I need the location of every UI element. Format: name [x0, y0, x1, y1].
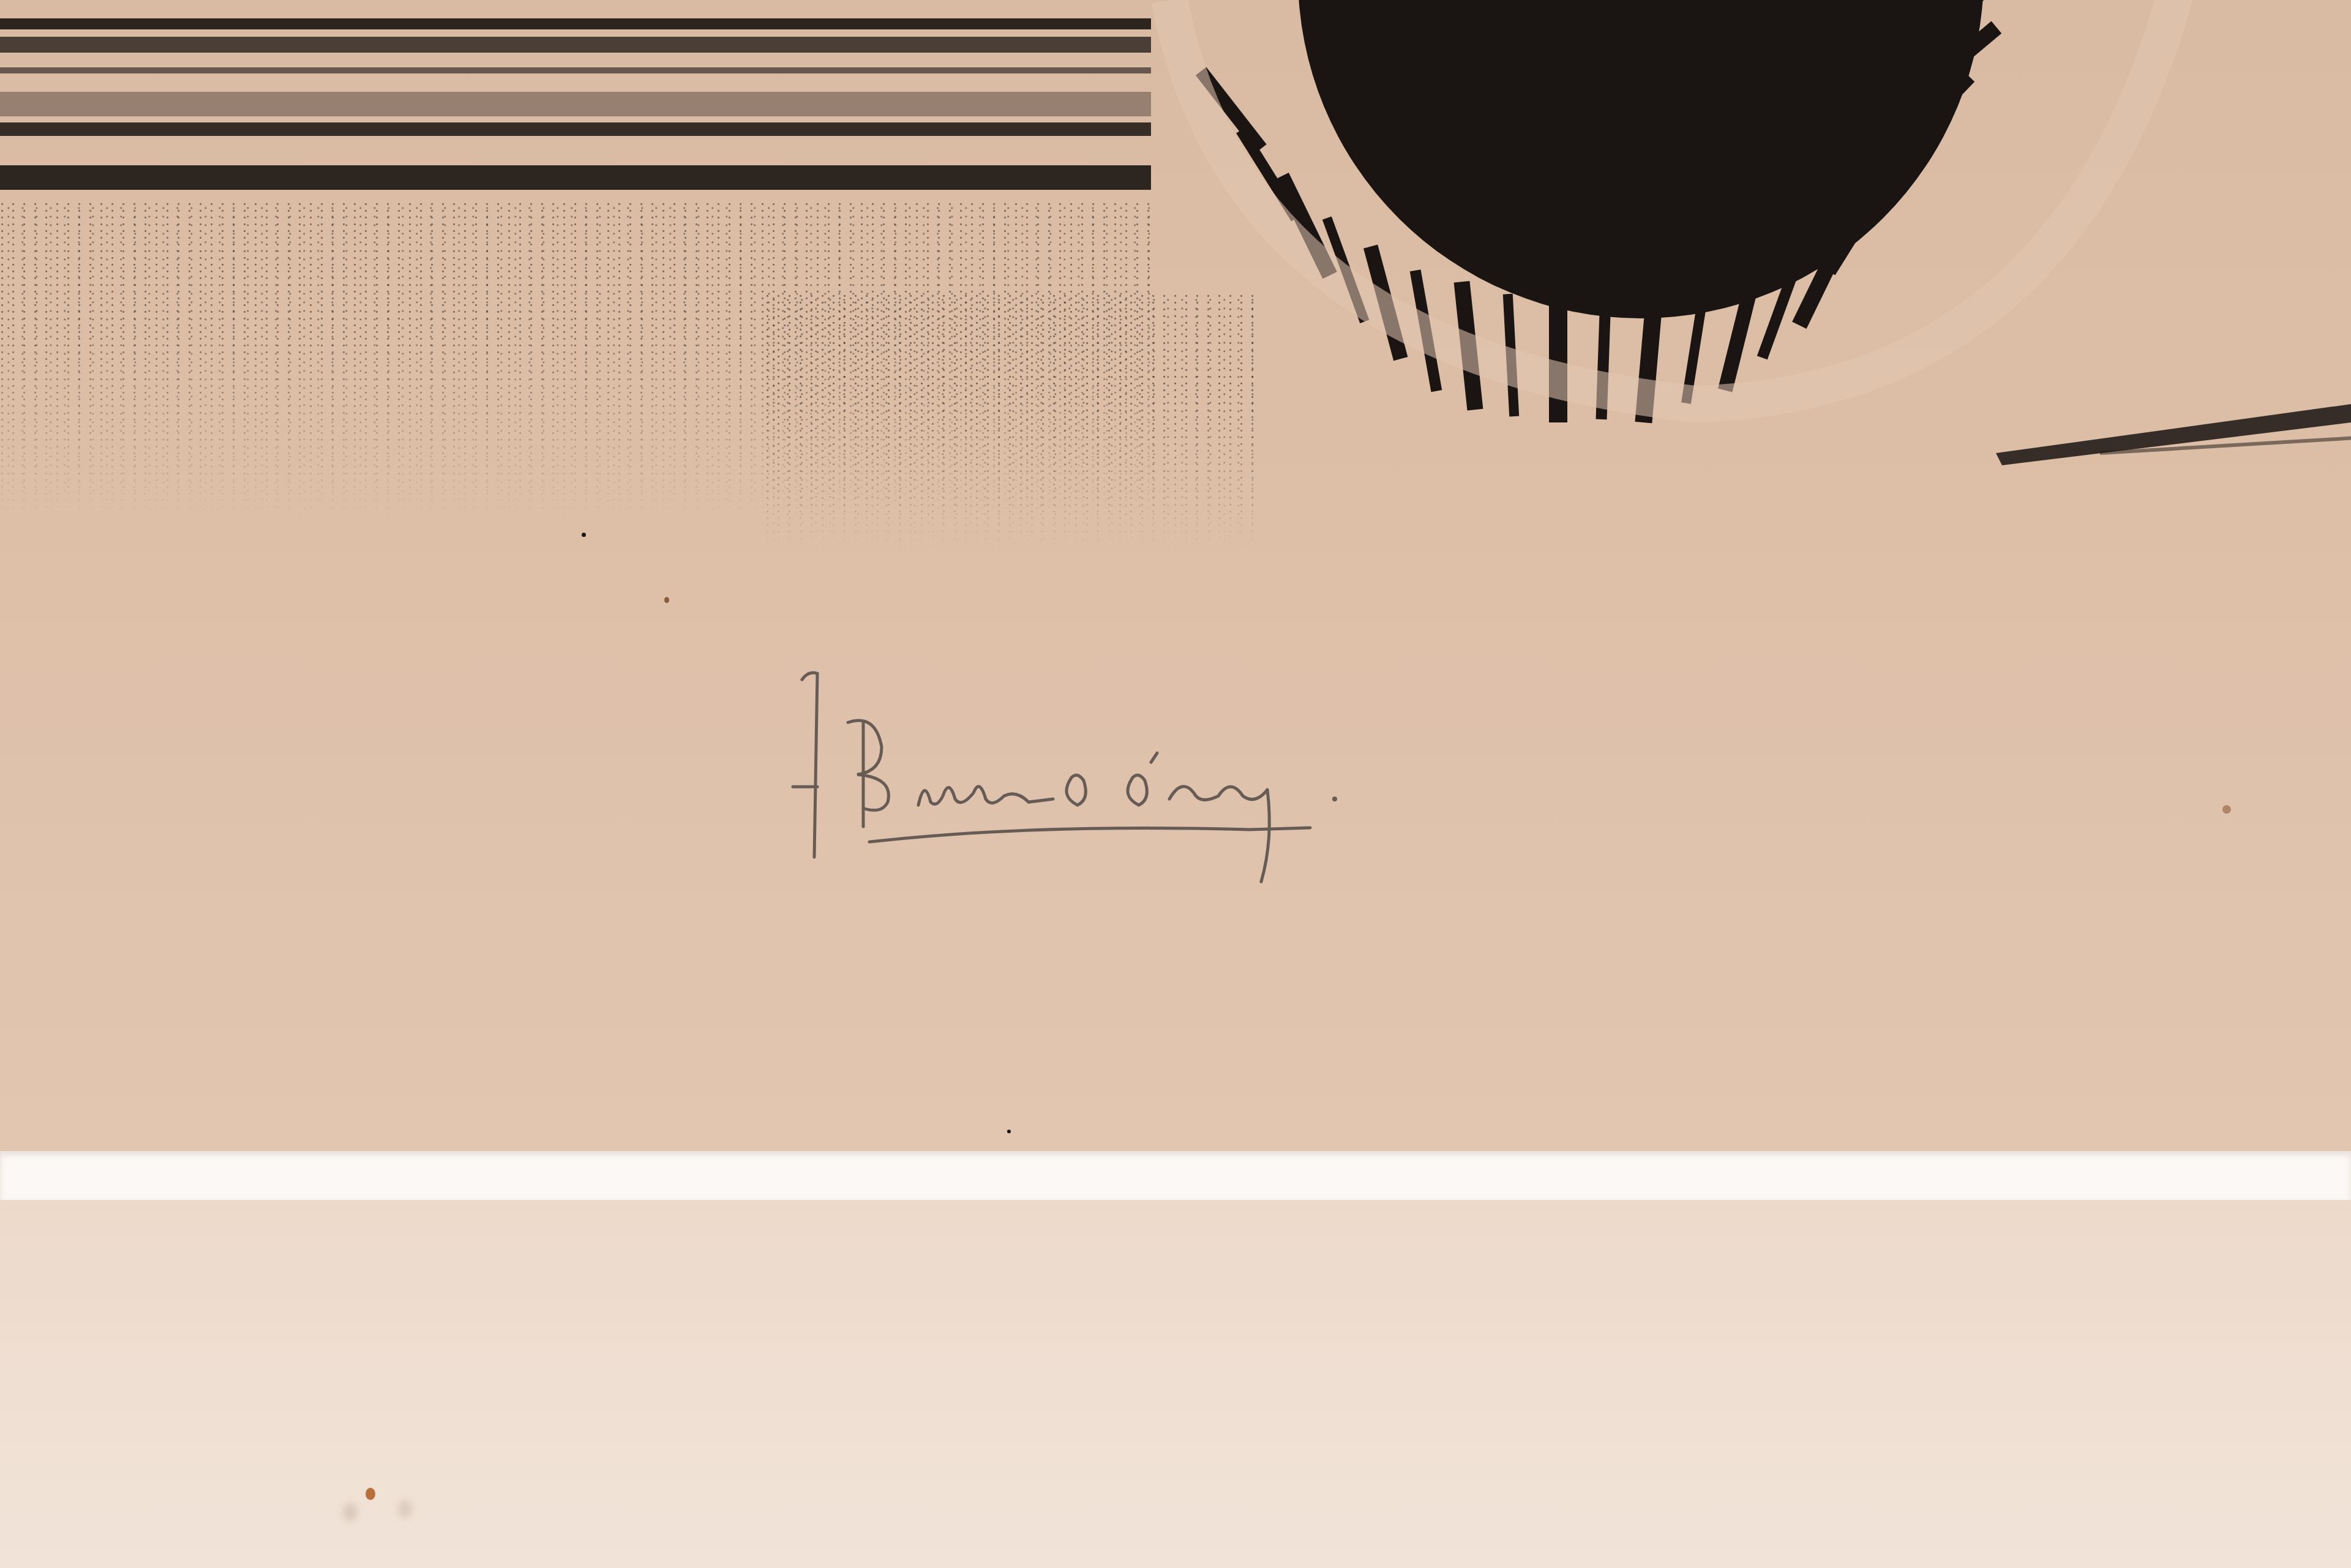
signature-text: J. Bimmoosting. [0, 0, 1, 1]
foxing-spot [366, 1488, 375, 1500]
hatch-line [0, 92, 1151, 116]
mat-board [0, 1200, 2351, 1568]
hatch-line [0, 67, 1151, 73]
mat-bevel-edge [0, 1151, 2351, 1200]
hatch-line [0, 37, 1151, 53]
ink-fleck [1007, 1130, 1011, 1133]
hatch-line [0, 122, 1151, 136]
pencil-signature [790, 655, 1635, 900]
stain-shadow [343, 1503, 358, 1521]
stain-shadow [398, 1500, 413, 1518]
foxing-spot [664, 597, 669, 603]
brush-stroke [1990, 380, 2351, 465]
foxing-spot [2222, 805, 2231, 814]
hatch-line [0, 18, 1151, 29]
print-sheet: J. Bimmoosting. [0, 0, 2351, 1156]
ink-fleck [582, 533, 586, 537]
hatch-line [0, 165, 1151, 190]
